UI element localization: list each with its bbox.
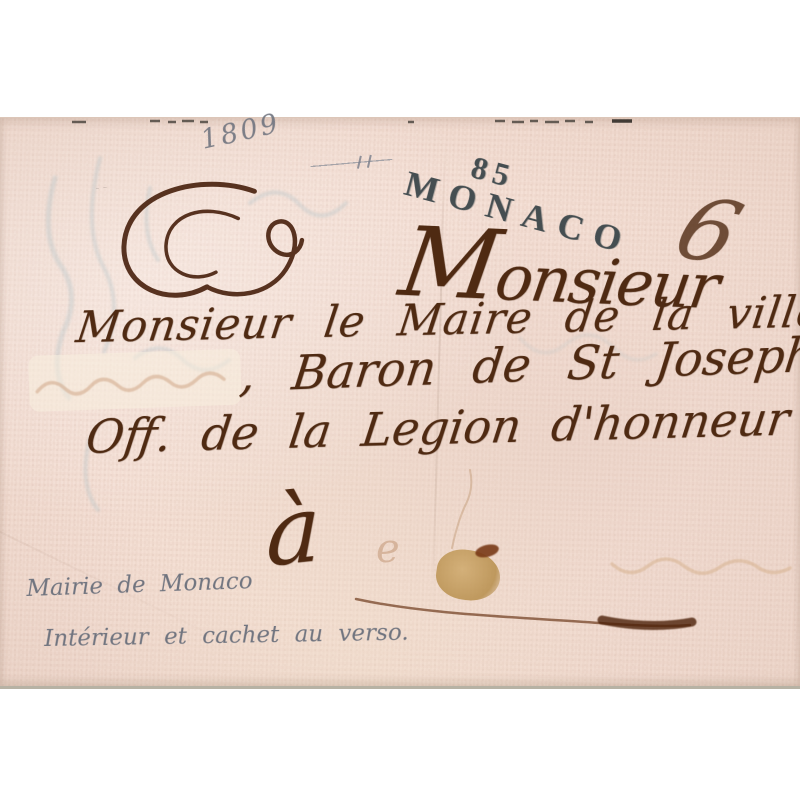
letter-sheet: 1809 85 MONACO A Monsieur 6 Monsieur le … (0, 117, 800, 689)
faded-erased-destination (612, 559, 790, 573)
ink-underline-strokes (0, 118, 800, 686)
photo-background: 1809 85 MONACO A Monsieur 6 Monsieur le … (0, 0, 800, 800)
